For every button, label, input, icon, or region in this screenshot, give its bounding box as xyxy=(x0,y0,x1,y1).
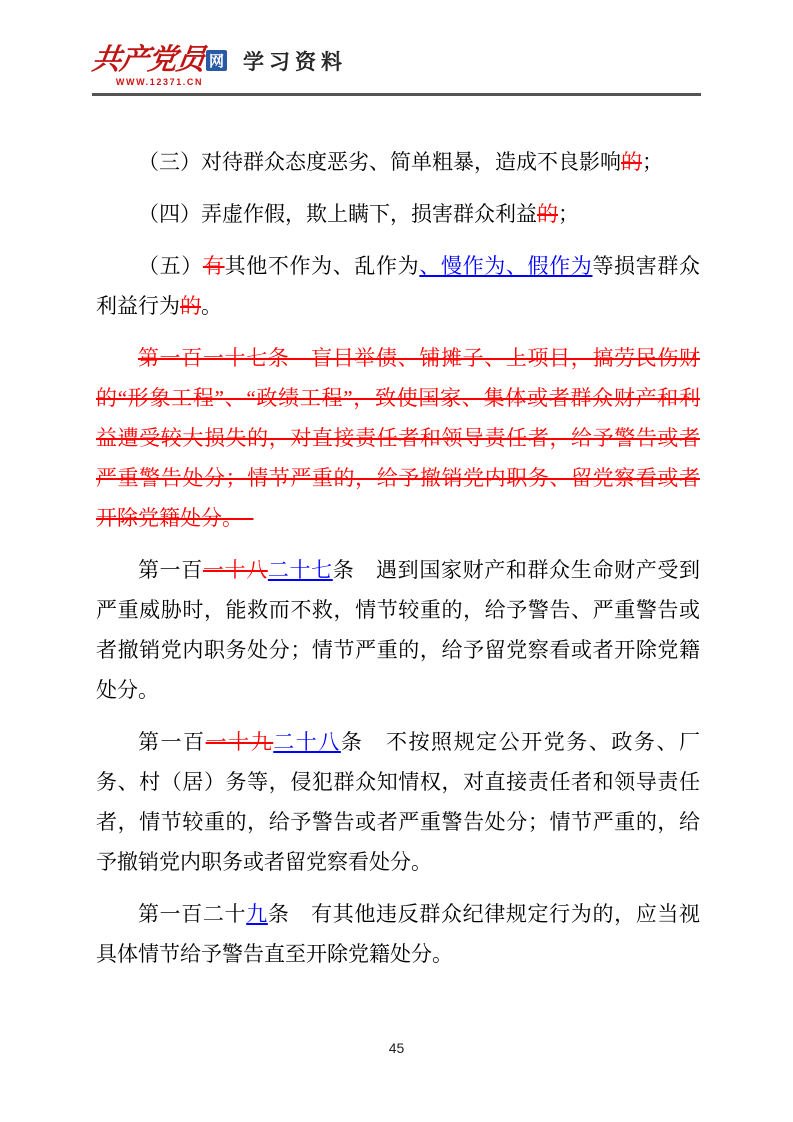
text-run: ； xyxy=(642,150,663,174)
page-header: 共产党员 网 WWW.12371.CN 学习资料 xyxy=(92,46,347,87)
text-run: 等损害群众 xyxy=(592,254,700,278)
text-run: 第一百二十 xyxy=(138,902,246,926)
net-badge-icon: 网 xyxy=(206,50,227,71)
text-run: 第一百 xyxy=(138,558,203,582)
inserted-text: 二十八 xyxy=(273,730,341,754)
inserted-text: 、慢作为、假作为 xyxy=(419,254,592,278)
article-128: 第一百一十九二十八条 不按照规定公开党务、政务、厂务、村（居）务等，侵犯群众知情… xyxy=(96,722,700,882)
logo-top-row: 共产党员 网 xyxy=(92,46,227,75)
deleted-text: 第一百一十七条 盲目举债、铺摊子、上项目，搞劳民伤财的“形象工程”、“政绩工程”… xyxy=(96,346,700,530)
inserted-text: 九 xyxy=(246,902,268,926)
clause-item-4: （四）弄虚作假，欺上瞒下，损害群众利益的； xyxy=(96,194,700,234)
document-body: （三）对待群众态度恶劣、简单粗暴，造成不良影响的；（四）弄虚作假，欺上瞒下，损害… xyxy=(96,142,700,986)
article-117-deleted: 第一百一十七条 盲目举债、铺摊子、上项目，搞劳民伤财的“形象工程”、“政绩工程”… xyxy=(96,338,700,538)
deleted-text: 的 xyxy=(180,294,201,318)
text-run: （四）弄虚作假，欺上瞒下，损害群众利益 xyxy=(138,202,537,226)
text-run: （五） xyxy=(138,254,203,278)
inserted-text: 二十七 xyxy=(268,558,333,582)
logo-url-text: WWW.12371.CN xyxy=(116,77,203,87)
text-run: ； xyxy=(558,202,579,226)
deleted-text: 一十九 xyxy=(206,730,274,754)
logo-script-text: 共产党员 xyxy=(90,46,206,75)
clause-item-5: （五）有其他不作为、乱作为、慢作为、假作为等损害群众利益行为的。 xyxy=(96,246,700,326)
text-run: 其他不作为、乱作为 xyxy=(225,254,420,278)
deleted-text: 的 xyxy=(537,202,558,226)
article-129: 第一百二十九条 有其他违反群众纪律规定行为的，应当视具体情节给予警告直至开除党籍… xyxy=(96,894,700,974)
deleted-text: 的 xyxy=(621,150,642,174)
article-127: 第一百一十八二十七条 遇到国家财产和群众生命财产受到严重威胁时，能救而不救，情节… xyxy=(96,550,700,710)
text-run: （三）对待群众态度恶劣、简单粗暴，造成不良影响 xyxy=(138,150,621,174)
text-run: 第一百 xyxy=(138,730,206,754)
doc-type-label: 学习资料 xyxy=(243,46,347,87)
clause-item-3: （三）对待群众态度恶劣、简单粗暴，造成不良影响的； xyxy=(96,142,700,182)
page-number: 45 xyxy=(0,1040,793,1056)
text-run: 利益行为 xyxy=(96,294,180,318)
header-divider xyxy=(92,93,701,96)
deleted-text: 一十八 xyxy=(203,558,268,582)
text-run: 。 xyxy=(201,294,222,318)
site-logo: 共产党员 网 WWW.12371.CN xyxy=(92,46,227,87)
deleted-text: 有 xyxy=(203,254,225,278)
